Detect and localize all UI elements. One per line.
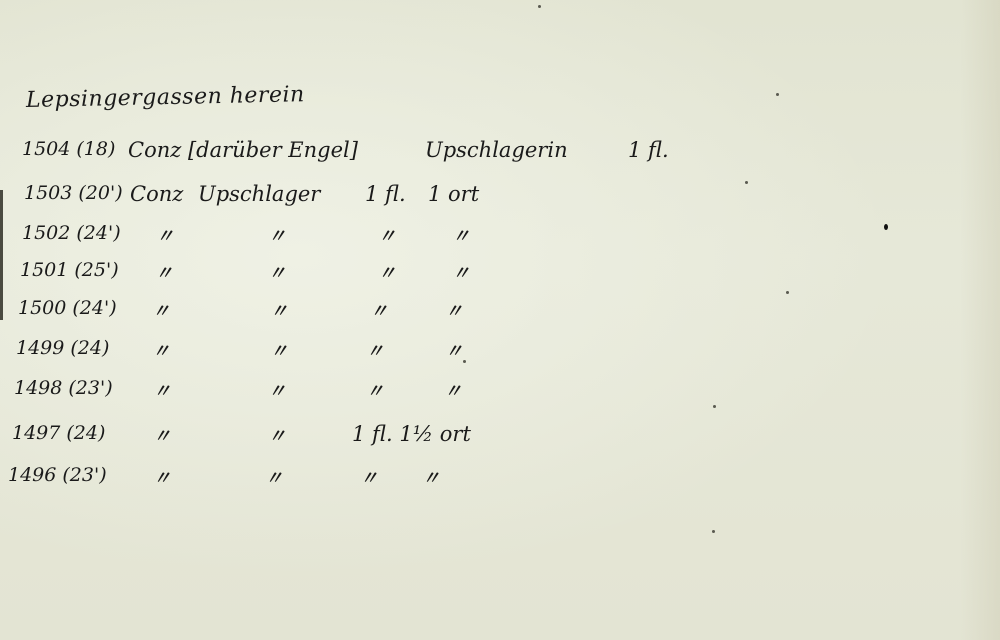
ditto-mark: 〃 [268, 259, 284, 285]
ditto-mark: 〃 [268, 422, 284, 448]
ditto-mark: 〃 [445, 337, 461, 363]
ditto-mark: 〃 [444, 377, 460, 403]
year-cell: 1502 (24') [22, 222, 121, 244]
entry-row: 1504 (18) Conz [darüber Engel] Upschlage… [0, 138, 1000, 172]
ditto-mark: 〃 [268, 377, 284, 403]
ink-speck [884, 224, 888, 230]
entry-row: 1500 (24') 〃 〃 〃 〃 [0, 297, 1000, 331]
ditto-mark: 〃 [155, 259, 171, 285]
name-cell: Conz [130, 182, 183, 206]
ditto-mark: 〃 [270, 337, 286, 363]
year-cell: 1496 (23') [8, 464, 107, 486]
amount2-cell: 1 ort [428, 182, 479, 206]
ink-speck [776, 93, 779, 96]
ditto-mark: 〃 [153, 422, 169, 448]
ditto-mark: 〃 [152, 297, 168, 323]
amount-cell: 1 fl. 1½ ort [352, 422, 471, 446]
entry-row: 1501 (25') 〃 〃 〃 〃 [0, 259, 1000, 293]
year-cell: 1504 (18) [22, 138, 115, 160]
ditto-mark: 〃 [445, 297, 461, 323]
ditto-mark: 〃 [360, 464, 376, 490]
year-cell: 1497 (24) [12, 422, 105, 444]
ink-speck [712, 530, 715, 533]
ditto-mark: 〃 [452, 222, 468, 248]
year-cell: 1498 (23') [14, 377, 113, 399]
ditto-mark: 〃 [422, 464, 438, 490]
surname-cell: Upschlager [198, 182, 320, 206]
ditto-mark: 〃 [153, 377, 169, 403]
ditto-mark: 〃 [153, 464, 169, 490]
year-cell: 1501 (25') [20, 259, 119, 281]
ditto-mark: 〃 [152, 337, 168, 363]
ditto-mark: 〃 [378, 259, 394, 285]
name-cell: Conz [darüber Engel] [128, 138, 358, 162]
ink-speck [538, 5, 541, 8]
amount-cell: 1 fl. [365, 182, 406, 206]
entry-row: 1499 (24) 〃 〃 〃 〃 [0, 337, 1000, 371]
ditto-mark: 〃 [265, 464, 281, 490]
ditto-mark: 〃 [156, 222, 172, 248]
surname-cell: Upschlagerin [425, 138, 568, 162]
ditto-mark: 〃 [452, 259, 468, 285]
ditto-mark: 〃 [366, 377, 382, 403]
year-cell: 1503 (20') [24, 182, 123, 204]
entry-row: 1497 (24) 〃 〃 1 fl. 1½ ort [0, 422, 1000, 456]
ditto-mark: 〃 [270, 297, 286, 323]
ink-speck [713, 405, 716, 408]
year-cell: 1499 (24) [16, 337, 109, 359]
entry-row: 1502 (24') 〃 〃 〃 〃 [0, 222, 1000, 256]
card-heading: Lepsingergassen herein [26, 82, 305, 113]
ink-speck [786, 291, 789, 294]
year-cell: 1500 (24') [18, 297, 117, 319]
entry-row: 1496 (23') 〃 〃 〃 〃 [0, 464, 1000, 498]
ditto-mark: 〃 [378, 222, 394, 248]
ditto-mark: 〃 [366, 337, 382, 363]
entry-row: 1498 (23') 〃 〃 〃 〃 [0, 377, 1000, 411]
ink-speck [745, 181, 748, 184]
ditto-mark: 〃 [370, 297, 386, 323]
amount-cell: 1 fl. [628, 138, 669, 162]
index-card: Lepsingergassen herein 1504 (18) Conz [d… [0, 0, 1000, 640]
entry-row: 1503 (20') Conz Upschlager 1 fl. 1 ort [0, 182, 1000, 216]
ink-speck [463, 360, 466, 363]
ditto-mark: 〃 [268, 222, 284, 248]
